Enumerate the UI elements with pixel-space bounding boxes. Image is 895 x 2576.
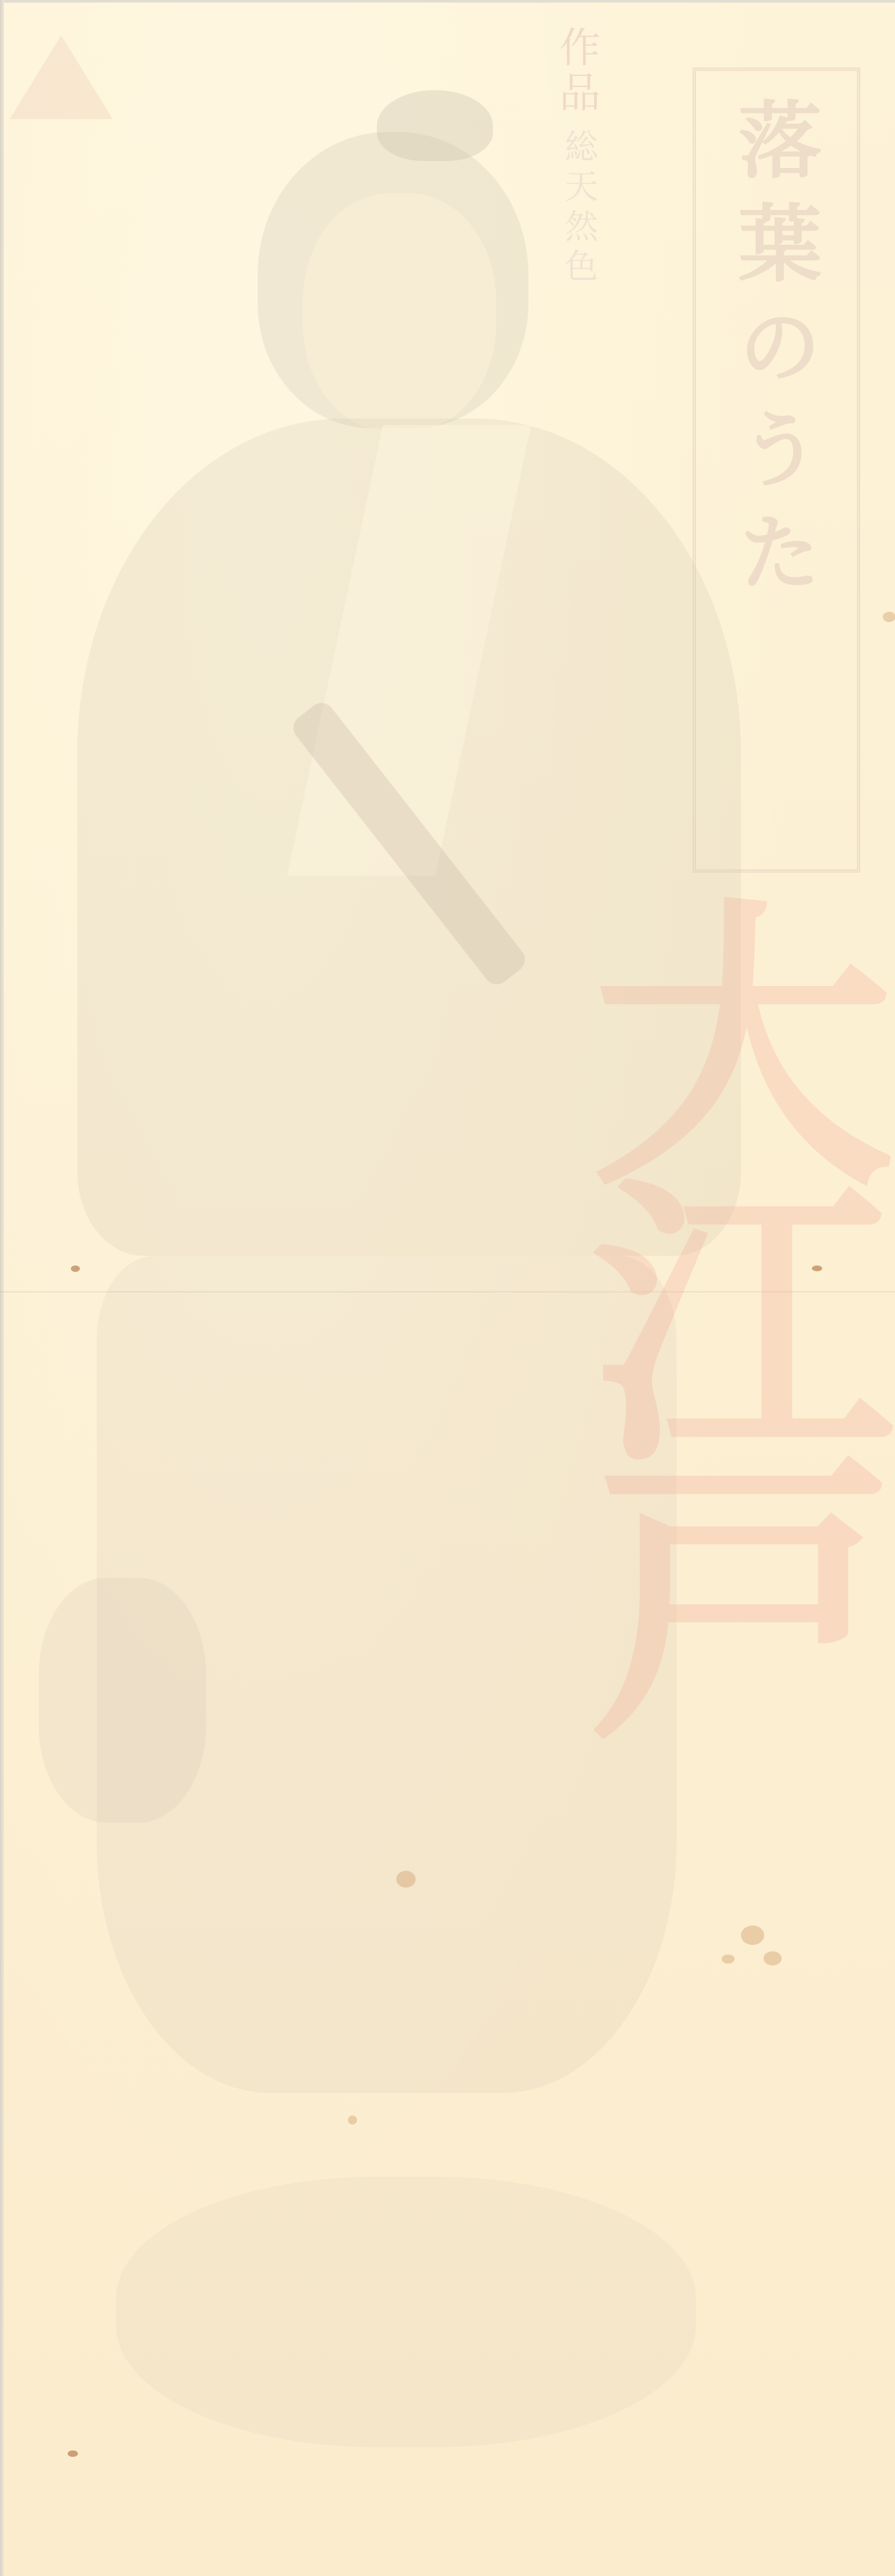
foxing-spot bbox=[348, 2116, 357, 2125]
actor-feet bbox=[116, 2177, 696, 2447]
subtitle: 落葉のうた bbox=[731, 97, 815, 612]
foxing-spot bbox=[741, 1926, 764, 1945]
credit-header: 作品 bbox=[554, 26, 606, 116]
foxing-spot bbox=[883, 612, 895, 622]
foxing-spot bbox=[396, 1871, 416, 1888]
actor-face bbox=[303, 193, 496, 431]
film-title: 大江戸 bbox=[567, 889, 870, 1719]
foxing-spot bbox=[722, 1955, 735, 1964]
stain bbox=[812, 1265, 822, 1271]
actor-sleeve bbox=[39, 1578, 206, 1823]
scan-edge-top bbox=[0, 0, 895, 3]
foxing-spot bbox=[764, 1951, 782, 1965]
stain bbox=[71, 1265, 80, 1272]
color-credit: 総天然色 bbox=[554, 129, 602, 289]
studio-logo-icon bbox=[10, 35, 113, 119]
stain bbox=[68, 2450, 78, 2457]
scan-edge-left bbox=[0, 0, 4, 2576]
